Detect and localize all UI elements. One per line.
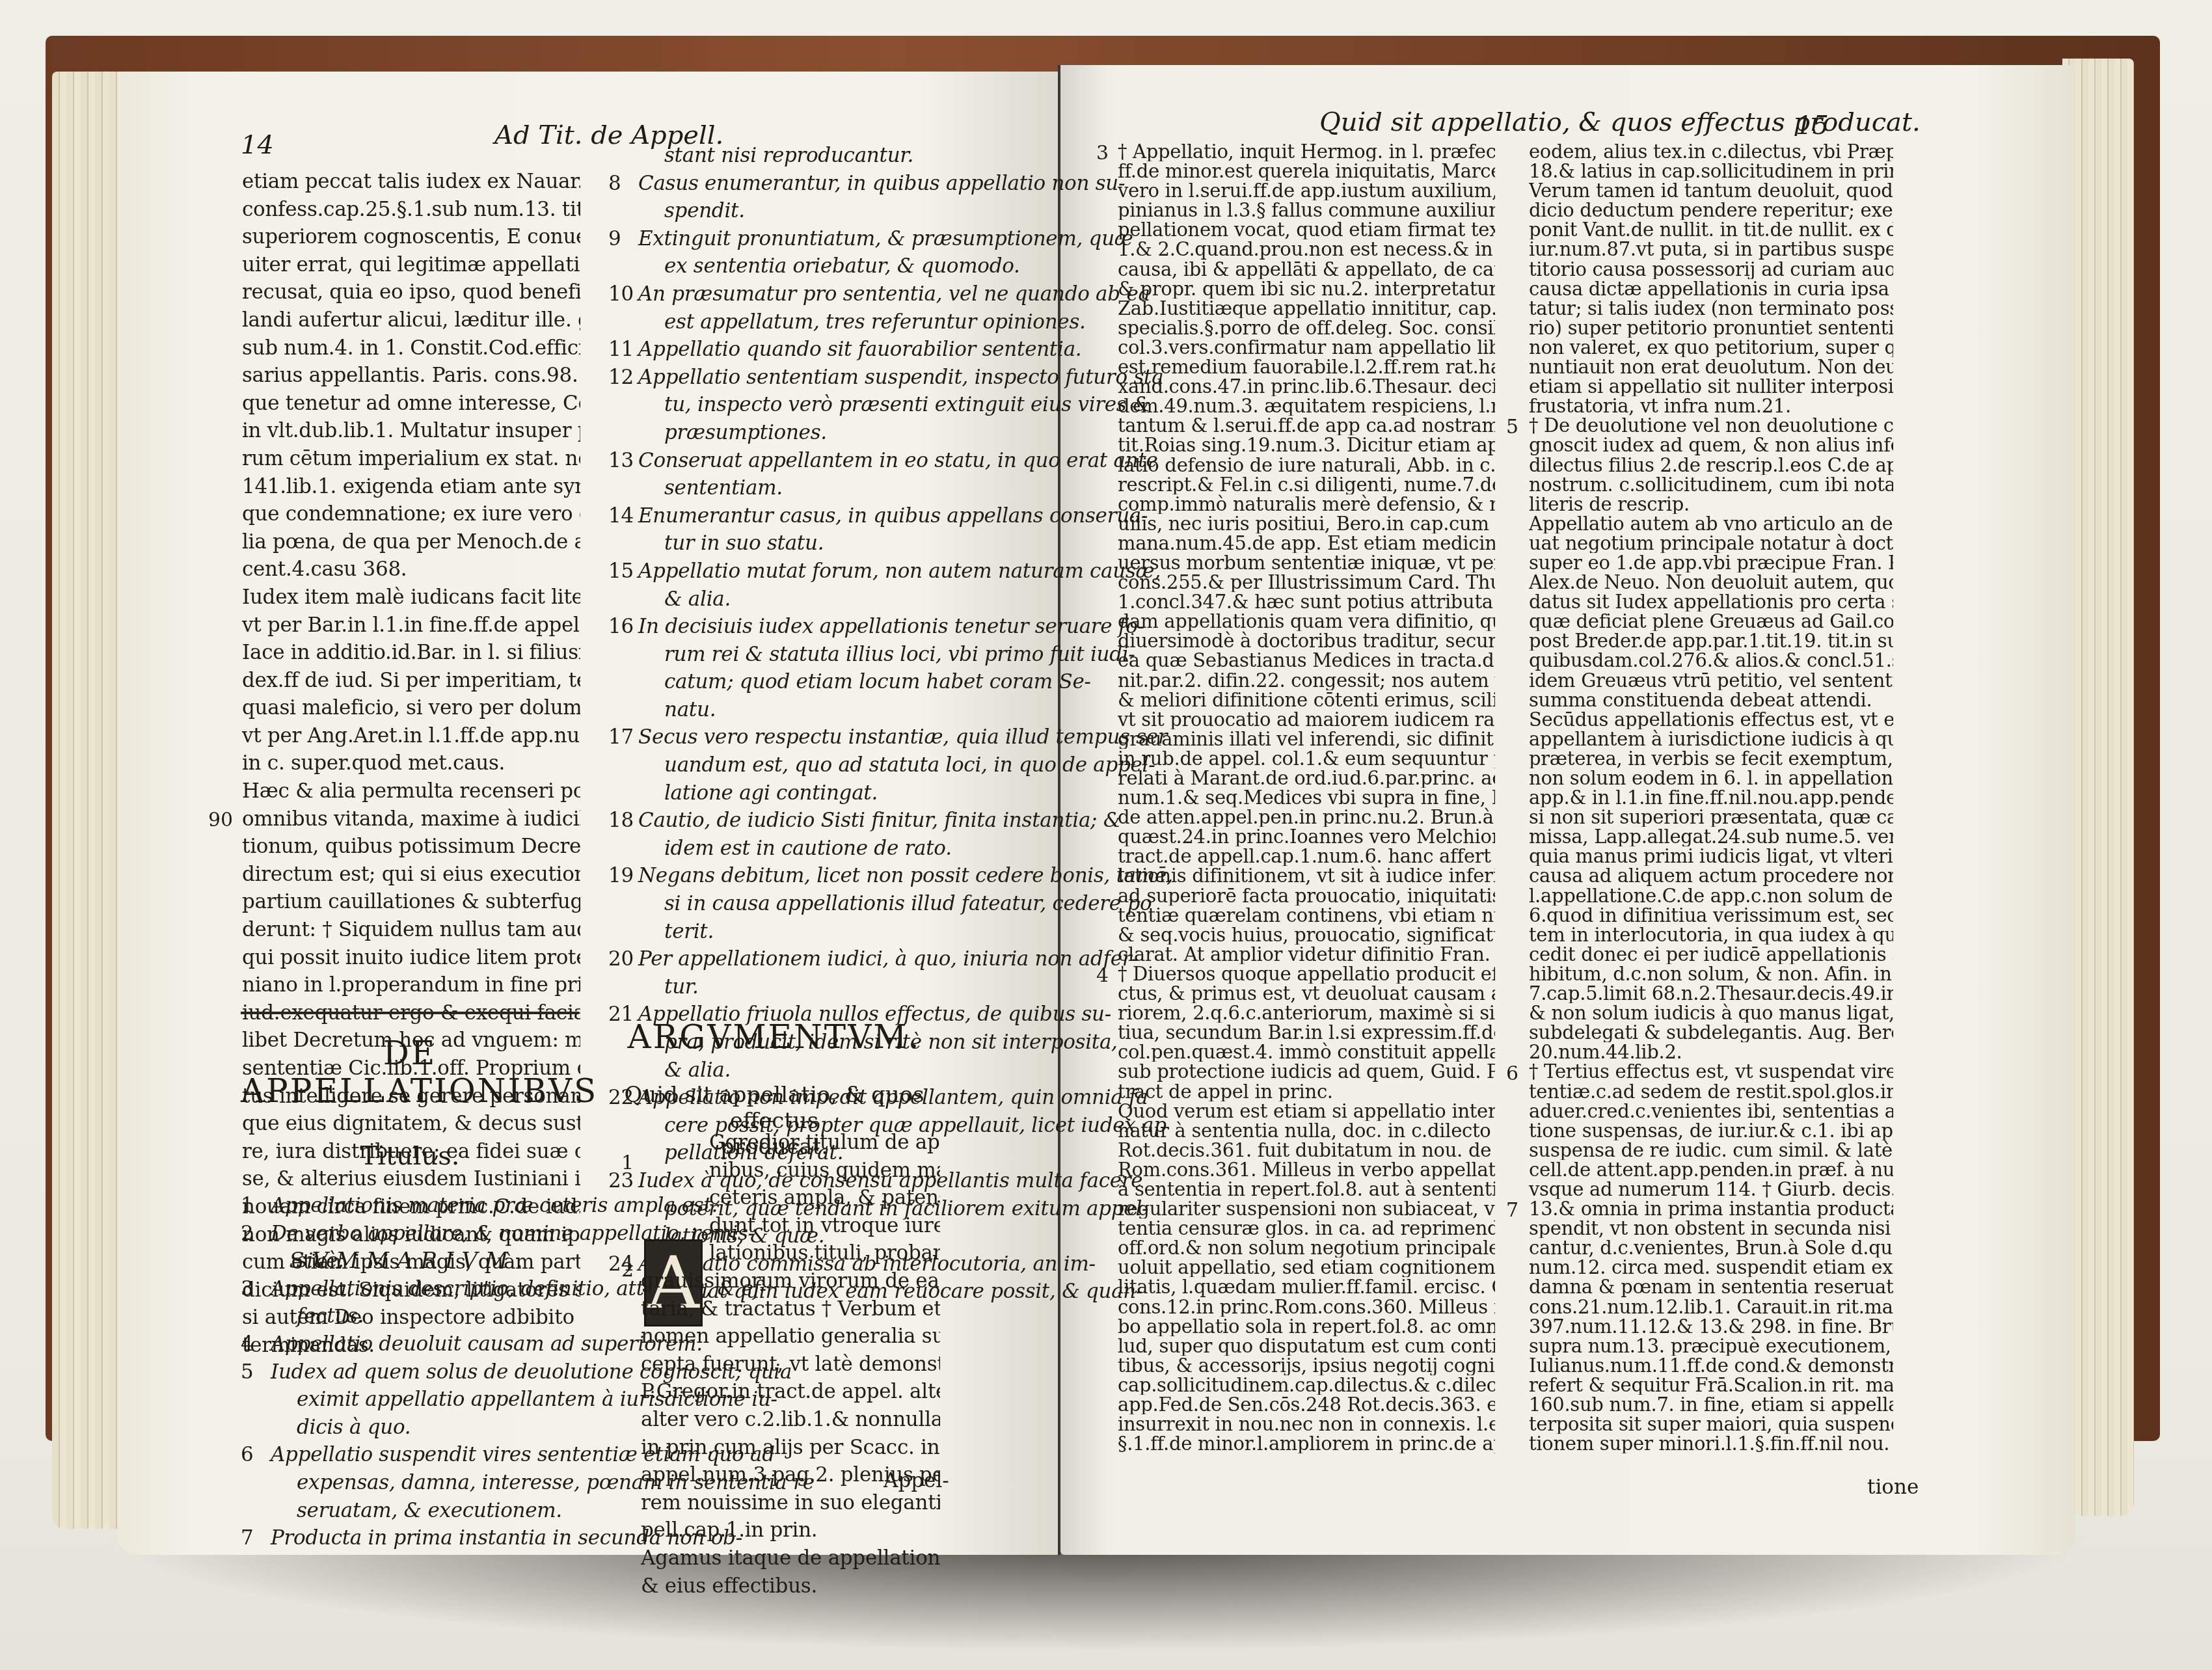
text-line: nomen appellatio generalia sunt, variéqu…: [641, 1323, 940, 1351]
text-line: pinianus in l.3.§ fallus commune auxiliu…: [1118, 200, 1495, 220]
text-line: cap.sollicitudinem.cap.dilectus.& c.dile…: [1118, 1375, 1495, 1395]
text-line: summa constituenda debeat attendi.: [1529, 690, 1893, 710]
summarium-item: tur.: [608, 973, 940, 1001]
text-line: vt per Bar.in l.1.in fine.ff.de appel.& …: [242, 612, 580, 640]
text-line: in rub.de appel. col.1.& eum sequuntur p…: [1118, 749, 1495, 768]
item-text: uandum est, quo ad statuta loci, in quo …: [638, 751, 1155, 779]
item-text: seruatam, & executionem.: [271, 1497, 562, 1525]
text-line: que tenetur ad omne interesse, Corn. cōs…: [242, 390, 580, 418]
summarium-item: sententiam.: [608, 474, 940, 502]
text-line: spendit, vt non obstent in secunda nisi …: [1529, 1219, 1893, 1238]
text-line: aduer.cred.c.venientes ibi, sententias a…: [1529, 1101, 1893, 1121]
summarium-item: 20Per appellationem iudici, à quo, iniur…: [608, 945, 940, 973]
text-line: causa ad aliquem actum procedere non pos…: [1529, 866, 1893, 885]
item-text: terit.: [638, 918, 714, 946]
margin-number: 3: [1096, 142, 1109, 165]
text-line: idem Greuæus vtrū petitio, vel sententia…: [1529, 671, 1893, 690]
item-number: [608, 1195, 638, 1223]
text-line: si non sit superiori præsentata, quæ cau…: [1529, 807, 1893, 827]
item-text: natu.: [638, 696, 716, 724]
text-line: sub protectione iudicis ad quem, Guid. P…: [1118, 1062, 1495, 1081]
text-line: rio) super petitorio pronuntiet sententi…: [1529, 318, 1893, 338]
text-line: post Breder.de app.par.1.tit.19. tit.in …: [1529, 631, 1893, 651]
section-subtitle: Titulus.: [241, 1141, 579, 1171]
text-line: ea quæ Sebastianus Medices in tracta.de …: [1118, 651, 1495, 670]
text-line: etiam si appellatio sit nulliter interpo…: [1529, 377, 1893, 396]
text-line: Quod verum est etiam si appellatio inter…: [1118, 1101, 1495, 1121]
running-head-right: Quid sit appellatio, & quos effectus pro…: [1319, 107, 1921, 137]
item-number: [608, 835, 638, 863]
text-line: lia pœna, de qua per Menoch.de arb. iud.…: [242, 528, 580, 556]
text-line: litatis, l.quædam mulier.ff.famil. ercis…: [1118, 1277, 1495, 1297]
text-line: quæ deficiat plene Greuæus ad Gail.concl…: [1529, 612, 1893, 631]
summarium-item: eximit appellatio appellantem à iurisdic…: [241, 1386, 586, 1414]
item-number: [608, 890, 638, 918]
text-line: 13.& omnia in prima instantia producta i…: [1529, 1199, 1893, 1219]
item-number: 2: [241, 1220, 271, 1248]
item-number: [608, 1278, 638, 1306]
item-text: idem est in cautione de rato.: [638, 835, 952, 863]
text-line: lationibus tituli, probantque tot: [709, 1239, 940, 1267]
item-number: 1: [241, 1192, 271, 1220]
text-line: causa dictæ appellationis in curia ipsa …: [1529, 279, 1893, 299]
summarium-item: est appellatum, tres referuntur opinione…: [608, 308, 940, 336]
text-line: quasi maleficio, si vero per dolum, ex m…: [242, 694, 580, 722]
text-line: dicio deductum pendere reperitur; exempl…: [1529, 200, 1893, 220]
item-text: stant nisi reproducantur.: [638, 142, 913, 170]
item-number: [608, 641, 638, 669]
item-text: Appellatio sententiam suspendit, inspect…: [638, 364, 1163, 392]
text-line: nuntiauit non erat deuolutum. Non deuolu…: [1529, 357, 1893, 377]
item-number: [241, 1497, 271, 1525]
text-line: causa, ibi & appellāti & appellato, de c…: [1118, 260, 1495, 279]
summarium-item: 15Appellatio mutat forum, non autem natu…: [608, 558, 940, 586]
summarium-item: 7Producta in prima instantia in secunda …: [241, 1524, 586, 1552]
margin-note-left: 90: [208, 809, 233, 831]
text-line: cons.12.in princ.Rom.cons.360. Milleus i…: [1118, 1297, 1495, 1317]
item-text: Negans debitum, licet non possit cedere …: [638, 862, 1173, 890]
argumentum-margin-2: 2: [621, 1259, 634, 1282]
item-number: [608, 252, 638, 280]
text-line: Zab.Iustitiæque appellatio innititur, ca…: [1118, 299, 1495, 318]
summarium-item: 11Appellatio quando sit fauorabilior sen…: [608, 336, 940, 364]
text-line: uat negotium principale notatur à doct.i…: [1529, 533, 1893, 553]
text-line: cons.255.& per Illustrissimum Card. Thus…: [1118, 572, 1495, 592]
summarium-item: 10An præsumatur pro sententia, vel ne qu…: [608, 280, 940, 308]
right-column-1: † Appellatio, inquit Hermog. in l. præfe…: [1118, 142, 1495, 1453]
text-line: tentiæ quærelam continens, vbi etiam num…: [1118, 906, 1495, 925]
text-line: Iudex item malè iudicans facit litem sua…: [242, 584, 580, 612]
text-line: qui possit inuito iudice litem protelare…: [242, 944, 580, 972]
text-line: Rom.cons.361. Milleus in verbo appellati…: [1118, 1160, 1495, 1179]
text-line: grauissimorum virorum de eadem re commen…: [641, 1267, 940, 1295]
item-text: Appellatio mutat forum, non autem natura…: [638, 558, 1161, 586]
text-line: est remedium fauorabile.l.2.ff.rem rat.h…: [1118, 357, 1495, 377]
summarium-item: expensas, damna, interesse, pœnam in sen…: [241, 1469, 586, 1497]
text-line: app.Fed.de Sen.cōs.248 Rot.decis.363. ex…: [1118, 1395, 1495, 1414]
text-line: vt per Ang.Aret.in l.1.ff.de app.num.4. …: [242, 722, 580, 750]
summarium-item: si in causa appellationis illud fateatur…: [608, 890, 940, 918]
text-line: in prin.cum alijs per Scacc. in princ. t…: [641, 1434, 940, 1462]
text-line: directum est; qui si eius executionem cu…: [242, 861, 580, 889]
summarium-item: terit.: [608, 918, 940, 946]
text-line: † Appellatio, inquit Hermog. in l. præfe…: [1118, 142, 1495, 161]
text-line: Ggredior titulum de appellatio-: [709, 1129, 940, 1157]
summarium-item: latione agi contingat.: [608, 779, 940, 807]
argumentum-subtitle-1: Quid sit appellatio, & quos effectus: [608, 1082, 940, 1134]
text-line: Iulianus.num.11.ff.de cond.& demonstr. q…: [1529, 1356, 1893, 1375]
text-line: off.ord.& non solum negotium principale …: [1118, 1238, 1495, 1258]
text-line: dex.ff de iud. Si per imperitiam, tenetu…: [242, 667, 580, 695]
summarium-item: tu, inspecto verò præsenti extinguit eiu…: [608, 391, 940, 419]
item-number: [608, 1306, 638, 1334]
summarium-item: 6Appellatio suspendit vires sententiæ et…: [241, 1441, 586, 1469]
text-line: Hæc & alia permulta recenseri possent, a…: [242, 777, 580, 805]
text-line: de atten.appel.pen.in princ.nu.2. Brun.à…: [1118, 807, 1495, 827]
text-line: tentia censuræ glos. in ca. ad reprimend…: [1118, 1219, 1495, 1238]
text-line: quibusdam.col.276.& alios.& concl.51.seq…: [1529, 651, 1893, 670]
text-line: appellantem à iurisdictione iudicis à qu…: [1529, 729, 1893, 749]
argumentum-heading: ARGVMENTVM.: [608, 1018, 940, 1056]
text-line: cepta fuerunt, vt latè demonstrant Brede…: [641, 1351, 940, 1379]
text-line: tionum, quibus potissimum Decretum nostr…: [242, 833, 580, 861]
text-line: tract de appel in princ.: [1118, 1082, 1495, 1101]
item-text: Conseruat appellantem in eo statu, in qu…: [638, 447, 1158, 475]
item-text: rum rei & statuta illius loci, vbi primo…: [638, 641, 1135, 669]
item-number: 9: [608, 225, 638, 253]
text-line: rum cētum imperialium ex stat. nostro in…: [242, 445, 580, 473]
text-line: mana.num.45.de app. Est etiam medicina a…: [1118, 533, 1495, 553]
item-text: tur.: [638, 973, 699, 1001]
text-line: Iace in additio.id.Bar. in l. si filiusf…: [242, 639, 580, 667]
item-number: 13: [608, 447, 638, 475]
item-number: 17: [608, 723, 638, 751]
text-line: Appellatio autem ab vno articulo an deuo…: [1529, 514, 1893, 533]
text-line: omnibus vitanda, maxime à iudicibus appe…: [242, 805, 580, 833]
text-line: uiter errat, qui legitimæ appellationi d…: [242, 251, 580, 279]
text-line: lud, super quo disputatum est cum contin…: [1118, 1336, 1495, 1356]
text-line: à sententia in repert.fol.8. aut à sente…: [1118, 1179, 1495, 1199]
text-line: refert & sequitur Frā.Scalion.in rit. ma…: [1529, 1375, 1893, 1395]
item-number: [608, 142, 638, 170]
text-line: l.appellatione.C.de app.c.non solum de a…: [1529, 886, 1893, 906]
section-rule: [241, 1012, 579, 1014]
text-line: cons.21.num.12.lib.1. Carauit.in rit.mag…: [1529, 1297, 1893, 1317]
item-number: [241, 1414, 271, 1442]
item-number: 19: [608, 862, 638, 890]
text-line: 397.num.11.12.& 13.& 298. in fine. Brun.…: [1529, 1317, 1893, 1336]
text-line: recusat, quia eo ipso, quod beneficium a…: [242, 278, 580, 306]
text-line: † De deuolutione vel non deuolutione co-: [1529, 416, 1893, 435]
summarium-item: dicis à quo.: [241, 1414, 586, 1442]
text-line: P.Gregor.in tract.de appel. alter tit. 4…: [641, 1378, 940, 1406]
text-line: tantum & l.serui.ff.de app ca.ad nostram…: [1118, 416, 1495, 435]
text-line: rescript.& Fel.in c.si diligenti, nume.7…: [1118, 475, 1495, 494]
item-number: [608, 668, 638, 696]
right-column-2: eodem, alius tex.in c.dilectus, vbi Præp…: [1529, 142, 1893, 1453]
summarium-item: siuè.: [241, 1247, 586, 1275]
item-number: 5: [241, 1358, 271, 1386]
section-title: DE APPELLATIONIBVS: [241, 1034, 579, 1110]
text-line: etiam peccat talis iudex ex Nauar. in Ma…: [242, 168, 580, 196]
text-line: cedit donec ei per iudicē appellationis …: [1529, 945, 1893, 964]
text-line: confess.cap.25.§.1.sub num.13. tit.de pe…: [242, 196, 580, 224]
text-line: comp.immò naturalis merè defensio, & non…: [1118, 494, 1495, 514]
argumentum-margin-1: 1: [621, 1151, 634, 1174]
item-number: 3: [241, 1275, 271, 1303]
text-line: tatur; si talis iudex (non terminato pos…: [1529, 299, 1893, 318]
item-number: [608, 419, 638, 447]
text-line: num.12. circa med. suspendit etiam expen…: [1529, 1258, 1893, 1277]
text-line: & non solum iudicis à quo manus ligat, s…: [1529, 1003, 1893, 1023]
summarium-item: 3Appellationis descriptio, definitio, at…: [241, 1275, 586, 1303]
text-line: lationis difinitionem, vt sit à iudice i…: [1118, 866, 1495, 885]
text-line: col.pen.quæst.4. immò constituit appella…: [1118, 1042, 1495, 1062]
text-line: tione suspensas, de iur.iur.& c.1. ibi a…: [1529, 1121, 1893, 1140]
item-number: [241, 1386, 271, 1414]
text-line: superiorem cognoscentis, E conuerso autē…: [242, 223, 580, 251]
text-line: pellationem vocat, quod etiam firmat tex…: [1118, 220, 1495, 239]
summarium-item: 16In decisiuis iudex appellationis tenet…: [608, 613, 940, 641]
text-line: quia manus primi iudicis ligat, vt vlter…: [1529, 846, 1893, 866]
summarium-item: 2De verbo appellare, & nomine appellatio…: [241, 1220, 586, 1248]
margin-number: 5: [1506, 416, 1518, 438]
margin-number: 7: [1506, 1199, 1518, 1222]
item-text: & alia.: [638, 586, 731, 613]
summarium-item: & alia.: [608, 586, 940, 613]
text-line: niano in l.properandum in fine principij…: [242, 971, 580, 999]
text-line: terposita sit super maiori, quia suspend…: [1529, 1414, 1893, 1434]
text-line: num.1.& seq.Medices vbi supra in fine, L…: [1118, 788, 1495, 807]
text-line: rem nouissime in suo elegantissimo tract…: [641, 1489, 940, 1517]
text-line: regulariter suspensioni non subiaceat, v…: [1118, 1199, 1495, 1219]
item-text: ex sententia oriebatur, & quomodo.: [638, 252, 1020, 280]
item-number: [608, 197, 638, 225]
margin-number: 4: [1096, 964, 1109, 987]
item-text: Enumerantur casus, in quibus appellans c…: [638, 502, 1148, 530]
item-text: præsumptiones.: [638, 419, 827, 447]
text-line: missa, Lapp.allegat.24.sub nume.5. vers.…: [1529, 827, 1893, 846]
item-number: [608, 308, 638, 336]
item-number: 6: [241, 1441, 271, 1469]
summarium-item: 19Negans debitum, licet non possit ceder…: [608, 862, 940, 890]
text-line: 1.concl.347.& hæc sunt potius attributa …: [1118, 592, 1495, 612]
text-line: cantur, d.c.venientes, Brun.à Sole d.quæ…: [1529, 1238, 1893, 1258]
text-line: vsque ad numerum 114. † Giurb. decis.49.…: [1529, 1179, 1893, 1199]
text-line: tiua, secundum Bar.in l.si expressim.ff.…: [1118, 1023, 1495, 1042]
text-line: nibus, cuius quidem materia, † præ: [709, 1157, 940, 1185]
text-line: tem in interlocutoria, in qua iudex à qu…: [1529, 925, 1893, 945]
item-text: Secus vero respectu instantiæ, quia illu…: [638, 723, 1167, 751]
text-line: 160.sub num.7. in fine, etiam si appella…: [1529, 1395, 1893, 1414]
summarium-item: 13Conseruat appellantem in eo statu, in …: [608, 447, 940, 475]
text-line: insurrexit in nou.nec non in connexis. l…: [1118, 1414, 1495, 1434]
summarium-item: stant nisi reproducantur.: [608, 142, 940, 170]
text-line: nit.par.2. difin.22. congessit; nos aute…: [1118, 671, 1495, 690]
text-line: datus sit Iudex appellationis pro certa …: [1529, 592, 1893, 612]
item-text: Extinguit pronuntiatum, & præsumptionem,…: [638, 225, 1133, 253]
summarium-item: 9Extinguit pronuntiatum, & præsumptionem…: [608, 225, 940, 253]
text-line: grauaminis illati vel inferendi, sic dif…: [1118, 729, 1495, 749]
item-text: Cautio, de iudicio Sisti finitur, finita…: [638, 807, 1121, 835]
item-text: spendit.: [638, 197, 745, 225]
text-line: tit.Roias sing.19.num.3. Dicitur etiam a…: [1118, 435, 1495, 455]
item-number: [241, 1469, 271, 1497]
item-text: sententiam.: [638, 474, 783, 502]
text-line: ponit Vant.de nullit. in tit.de nullit. …: [1529, 220, 1893, 239]
item-number: 4: [241, 1330, 271, 1358]
text-line: dam appellationis quam vera difinitio, q…: [1118, 612, 1495, 631]
summarium-item: uandum est, quo ad statuta loci, in quo …: [608, 751, 940, 779]
text-line: ad superiorē facta prouocatio, iniquitat…: [1118, 886, 1495, 906]
summarium-item: 14Enumerantur casus, in quibus appellans…: [608, 502, 940, 530]
text-line: damna & pœnam in sententia reseruatam, B…: [1529, 1277, 1893, 1297]
text-line: clarat. At amplior videtur difinitio Fra…: [1118, 945, 1495, 964]
text-line: non solum eodem in 6. l. in appellatione…: [1529, 768, 1893, 788]
text-line: in c. super.quod met.caus.: [242, 749, 580, 777]
item-number: 14: [608, 502, 638, 530]
item-number: 11: [608, 336, 638, 364]
text-line: tract.de appell.cap.1.num.6. hanc affert…: [1118, 846, 1495, 866]
text-line: landi aufertur alicui, læditur ille. glo…: [242, 306, 580, 334]
text-line: riorem, 2.q.6.c.anteriorum, maximè si si…: [1118, 1003, 1495, 1023]
text-line: Agamus itaque de appellationis difinitio…: [641, 1544, 940, 1572]
catchword-right: tione: [1867, 1475, 1919, 1499]
item-number: 8: [608, 170, 638, 198]
text-line: & meliori difinitione cōtenti erimus, sc…: [1118, 690, 1495, 710]
text-line: frustatoria, vt infra num.21.: [1529, 396, 1893, 416]
text-line: 6.quod in difinitiua verissimum est, sec…: [1529, 906, 1893, 925]
summarium-item: catum; quod etiam locum habet coram Se-: [608, 668, 940, 696]
text-line: tionem super minori.l.1.§.fin.ff.nil nou…: [1529, 1434, 1893, 1453]
summarium-list: 1Appellationis materia præ ceteris ampla…: [241, 1192, 586, 1552]
item-number: [608, 530, 638, 558]
text-line: cell.de attent.app.penden.in præf. à num…: [1529, 1160, 1893, 1179]
item-number: 20: [608, 945, 638, 973]
text-line: cent.4.casu 368.: [242, 556, 580, 584]
item-number: 15: [608, 558, 638, 586]
item-number: [608, 474, 638, 502]
text-line: uersus morbum sententiæ iniquæ, vt per O…: [1118, 553, 1495, 572]
summarium-item: 17Secus vero respectu instantiæ, quia il…: [608, 723, 940, 751]
summarium-item: fectus.: [241, 1302, 586, 1330]
summarium-item: 1Appellationis materia præ ceteris ampla…: [241, 1192, 586, 1220]
item-text: tur in suo statu.: [638, 530, 824, 558]
page-edges-left: [52, 72, 124, 1529]
argumentum-text-indented: Ggredior titulum de appellatio-nibus, cu…: [709, 1129, 940, 1267]
item-number: 18: [608, 807, 638, 835]
text-line: dunt tot in vtroque iure de appel: [709, 1212, 940, 1240]
text-line: app.& in l.1.in fine.ff.nil.nou.app.pend…: [1529, 788, 1893, 807]
text-line: dilectus filius 2.de rescrip.l.eos C.de …: [1529, 455, 1893, 475]
item-number: [608, 779, 638, 807]
text-line: & propr. quem ibi sic nu.2. interpretatu…: [1118, 279, 1495, 299]
text-line: non valeret, ex quo petitorium, super qu…: [1529, 338, 1893, 357]
item-text: fectus.: [271, 1302, 364, 1330]
text-line: eodem, alius tex.in c.dilectus, vbi Præp…: [1529, 142, 1893, 161]
text-line: ff.de minor.est querela iniquitatis, Mar…: [1118, 161, 1495, 181]
text-line: 141.lib.1. exigenda etiam ante syndicatu…: [242, 473, 580, 501]
item-number: [608, 973, 638, 1001]
text-line: taria, & tractatus † Verbum etiam appell…: [641, 1295, 940, 1323]
item-text: Casus enumerantur, in quibus appellatio …: [638, 170, 1125, 198]
item-number: [608, 586, 638, 613]
summarium-item: ex sententia oriebatur, & quomodo.: [608, 252, 940, 280]
summarium-item: 12Appellatio sententiam suspendit, inspe…: [608, 364, 940, 392]
text-line: nostrum. c.sollicitudinem, cum ibi notat…: [1529, 475, 1893, 494]
summarium-item: 8Casus enumerantur, in quibus appellatio…: [608, 170, 940, 198]
text-line: col.3.vers.confirmatur nam appellatio li…: [1118, 338, 1495, 357]
item-text: An præsumatur pro sententia, vel ne quan…: [638, 280, 1150, 308]
text-line: & seq.vocis huius, prouocatio, significa…: [1118, 925, 1495, 945]
item-text: siuè.: [271, 1247, 344, 1275]
text-line: tibus, & accessorijs, ipsius negotij cog…: [1118, 1356, 1495, 1375]
text-line: relati à Marant.de ord.iud.6.par.princ. …: [1118, 768, 1495, 788]
item-number: 10: [608, 280, 638, 308]
text-line: alter vero c.2.lib.1.& nonnulla per nos …: [641, 1406, 940, 1434]
text-line: supra num.13. præcipuè executionem, Soc.…: [1529, 1336, 1893, 1356]
margin-number: 6: [1506, 1062, 1518, 1085]
item-text: Appellatio quando sit fauorabilior sente…: [638, 336, 1081, 364]
page-number-right: 15: [1796, 111, 1829, 141]
item-text: est appellatum, tres referuntur opinione…: [638, 308, 1086, 336]
text-line: Rot.decis.361. fuit dubitatum in nou. de…: [1118, 1140, 1495, 1160]
text-line: † Tertius effectus est, vt suspendat vir…: [1529, 1062, 1893, 1081]
item-text: si in causa appellationis illud fateatur…: [638, 890, 1152, 918]
argumentum-text: grauissimorum virorum de eadem re commen…: [641, 1267, 940, 1600]
catchword-left: Appel-: [883, 1469, 949, 1492]
text-line: subdelegati & subdelegantis. Aug. Bero. …: [1529, 1023, 1893, 1042]
text-line: vero in l.serui.ff.de app.iustum auxiliu…: [1118, 181, 1495, 200]
text-line: specialis.§.porro de off.deleg. Soc. con…: [1118, 318, 1495, 338]
summarium-item: natu.: [608, 696, 940, 724]
summarium-item: 18Cautio, de iudicio Sisti finitur, fini…: [608, 807, 940, 835]
text-line: partium cauillationes & subterfugia nihi…: [242, 888, 580, 916]
text-line: vt sit prouocatio ad maiorem iudicem rat…: [1118, 710, 1495, 729]
item-text: latione agi contingat.: [638, 779, 878, 807]
item-text: Appellatio deuoluit causam ad superiorem…: [271, 1330, 703, 1358]
text-line: derunt: † Siquidem nullus tam audax inue…: [242, 916, 580, 944]
item-number: [608, 696, 638, 724]
text-line: 20.num.44.lib.2.: [1529, 1042, 1893, 1062]
text-line: hibitum, d.c.non solum, & non. Afin. in …: [1529, 964, 1893, 984]
item-number: [608, 391, 638, 419]
text-line: suspensa de re iudic. cum simil. & latè …: [1529, 1140, 1893, 1160]
page-number-left: 14: [241, 130, 274, 160]
text-line: titorio causa possessorij ad curiam auoc…: [1529, 260, 1893, 279]
text-line: natur à sententia nulla, doc. in c.dilec…: [1118, 1121, 1495, 1140]
summarium-item: 4Appellatio deuoluit causam ad superiore…: [241, 1330, 586, 1358]
summarium-item: seruatam, & executionem.: [241, 1497, 586, 1525]
item-text: Per appellationem iudici, à quo, iniuria…: [638, 945, 1138, 973]
item-number: [241, 1302, 271, 1330]
summarium-item: spendit.: [608, 197, 940, 225]
text-line: iur.num.87.vt puta, si in partibus suspe…: [1529, 239, 1893, 259]
text-line: † Diuersos quoque appellatio producit ef…: [1118, 964, 1495, 984]
text-line: ctus, & primus est, vt deuoluat causam a…: [1118, 984, 1495, 1003]
text-line: que condemnatione; ex iure vero communi …: [242, 500, 580, 528]
text-line: 7.cap.5.limit 68.n.2.Thesaur.decis.49.in…: [1529, 984, 1893, 1003]
item-number: 16: [608, 613, 638, 641]
text-line: latio defensio de iure naturali, Abb. in…: [1118, 455, 1495, 475]
item-number: 12: [608, 364, 638, 392]
text-line: in vlt.dub.lib.1. Multatur insuper pœna …: [242, 417, 580, 445]
text-line: uoluit appellatio, sed etiam cognitionem…: [1118, 1258, 1495, 1277]
text-line: gnoscit iudex ad quem, & non alius infer…: [1529, 435, 1893, 455]
text-line: diuersimodè à doctoribus traditur, secun…: [1118, 631, 1495, 651]
item-text: In decisiuis iudex appellationis tenetur…: [638, 613, 1144, 641]
item-text: dicis à quo.: [271, 1414, 411, 1442]
